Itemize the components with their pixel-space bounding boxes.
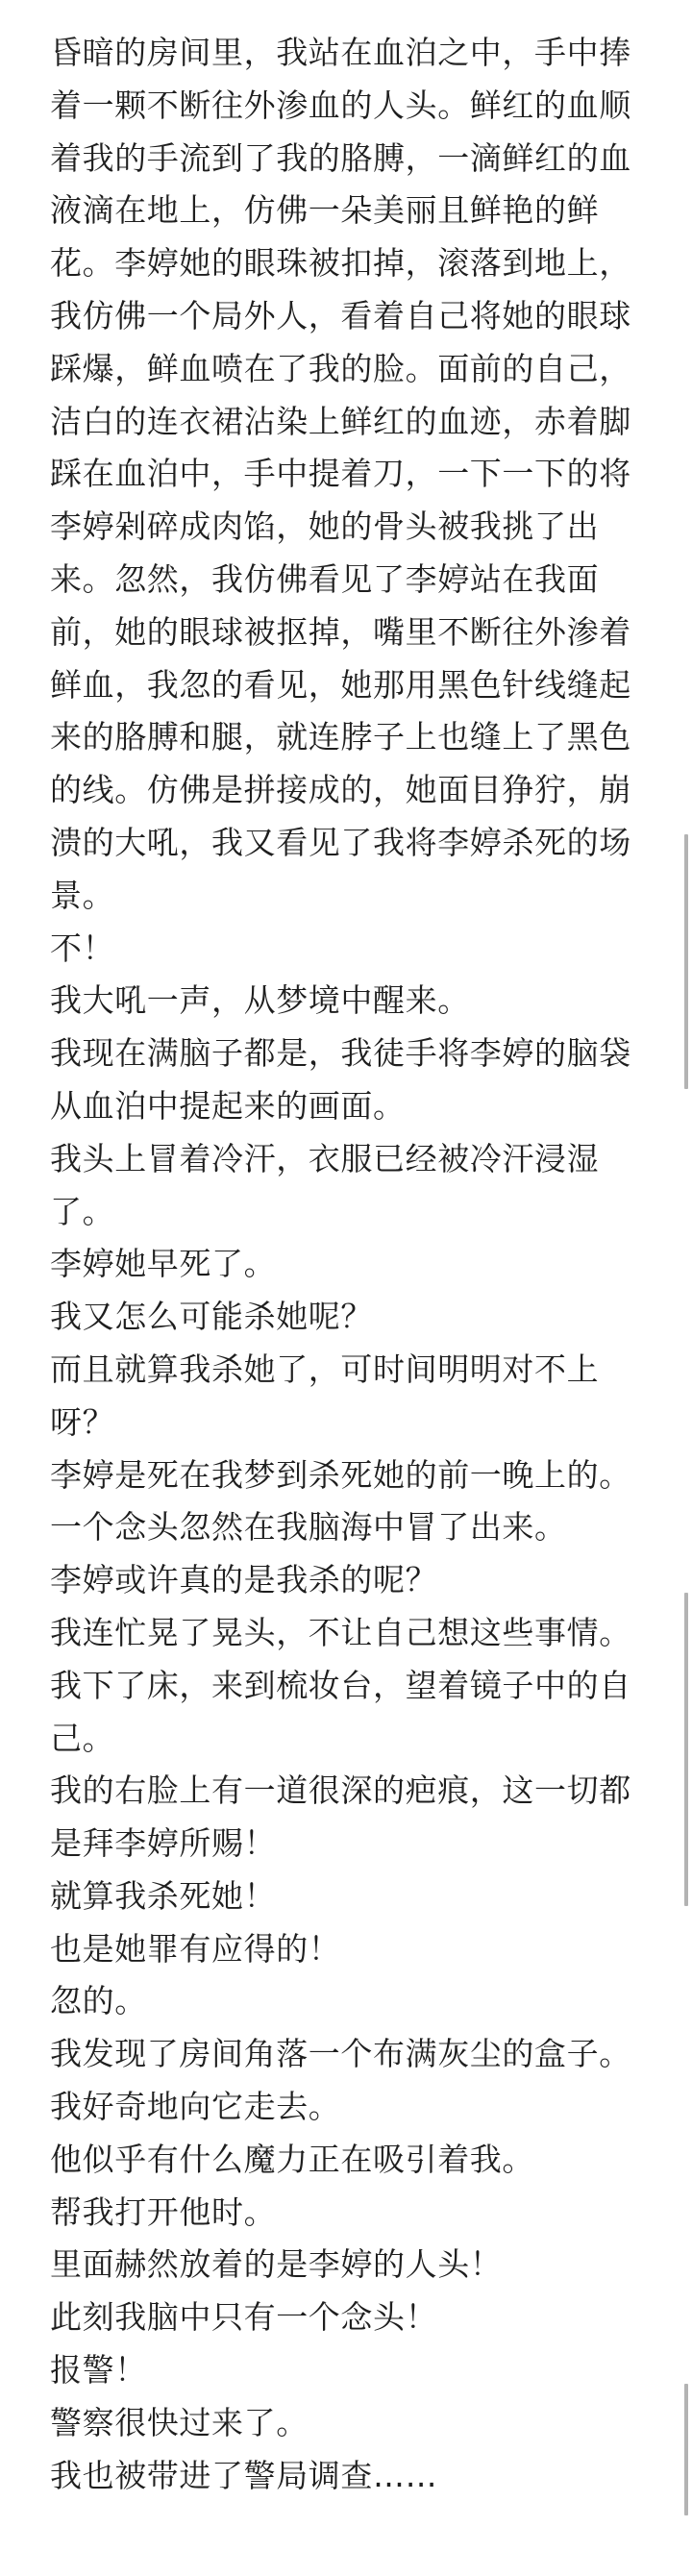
text-line: 景。: [50, 870, 665, 923]
paragraph: 而且就算我杀她了，可时间明明对不上呀？: [50, 1344, 665, 1449]
paragraph: 我也被带进了警局调查……: [50, 2450, 665, 2503]
paragraph: 我大吼一声，从梦境中醒来。: [50, 975, 665, 1028]
paragraph: 就算我杀死她！: [50, 1870, 665, 1923]
scrollbar-thumb[interactable]: [684, 834, 688, 1089]
text-line: 也是她罪有应得的！: [50, 1923, 665, 1976]
text-line: 李婷是死在我梦到杀死她的前一晚上的。: [50, 1449, 665, 1502]
scrollbar-thumb[interactable]: [684, 1593, 688, 1906]
text-line: 液滴在地上，仿佛一朵美丽且鲜艳的鲜: [50, 185, 665, 237]
text-line: 着一颗不断往外渗血的人头。鲜红的血顺: [50, 80, 665, 133]
paragraph: 我头上冒着冷汗，衣服已经被冷汗浸湿了。: [50, 1133, 665, 1239]
paragraph: 我下了床，来到梳妆台，望着镜子中的自己。: [50, 1660, 665, 1766]
text-line: 我大吼一声，从梦境中醒来。: [50, 975, 665, 1028]
text-line: 警察很快过来了。: [50, 2397, 665, 2450]
paragraph: 我好奇地向它走去。: [50, 2081, 665, 2134]
text-line: 从血泊中提起来的画面。: [50, 1080, 665, 1133]
text-line: 前，她的眼球被抠掉，嘴里不断往外渗着: [50, 607, 665, 659]
paragraph: 他似乎有什么魔力正在吸引着我。: [50, 2134, 665, 2187]
paragraph: 我又怎么可能杀她呢？: [50, 1291, 665, 1344]
paragraph: 李婷是死在我梦到杀死她的前一晚上的。: [50, 1449, 665, 1502]
text-line: 一个念头忽然在我脑海中冒了出来。: [50, 1501, 665, 1554]
text-line: 己。: [50, 1713, 665, 1766]
text-line: 我下了床，来到梳妆台，望着镜子中的自: [50, 1660, 665, 1713]
text-line: 报警！: [50, 2344, 665, 2397]
text-line: 踩爆，鲜血喷在了我的脸。面前的自己，: [50, 343, 665, 396]
paragraph: 李婷她早死了。: [50, 1238, 665, 1291]
paragraph: 我的右脸上有一道很深的疤痕，这一切都是拜李婷所赐！: [50, 1765, 665, 1870]
paragraph: 忽的。: [50, 1975, 665, 2028]
text-line: 而且就算我杀她了，可时间明明对不上: [50, 1344, 665, 1397]
scrollbar-thumb[interactable]: [684, 2384, 688, 2515]
text-line: 我现在满脑子都是，我徒手将李婷的脑袋: [50, 1028, 665, 1080]
text-line: 来的胳膊和腿，就连脖子上也缝上了黑色: [50, 711, 665, 764]
text-line: 呀？: [50, 1397, 665, 1449]
text-line: 踩在血泊中，手中提着刀，一下一下的将: [50, 448, 665, 501]
paragraph: 警察很快过来了。: [50, 2397, 665, 2450]
text-line: 我也被带进了警局调查……: [50, 2450, 665, 2503]
paragraph: 报警！: [50, 2344, 665, 2397]
paragraph: 一个念头忽然在我脑海中冒了出来。: [50, 1501, 665, 1554]
paragraph: 李婷或许真的是我杀的呢？: [50, 1554, 665, 1607]
article-body: 昏暗的房间里，我站在血泊之中，手中捧着一颗不断往外渗血的人头。鲜红的血顺着我的手…: [50, 27, 665, 2502]
text-line: 我好奇地向它走去。: [50, 2081, 665, 2134]
paragraph: 帮我打开他时。: [50, 2187, 665, 2240]
text-line: 我连忙晃了晃头，不让自己想这些事情。: [50, 1607, 665, 1660]
text-line: 来。忽然，我仿佛看见了李婷站在我面: [50, 554, 665, 607]
text-line: 此刻我脑中只有一个念头！: [50, 2291, 665, 2344]
text-line: 李婷她早死了。: [50, 1238, 665, 1291]
text-line: 我头上冒着冷汗，衣服已经被冷汗浸湿: [50, 1133, 665, 1186]
text-line: 洁白的连衣裙沾染上鲜红的血迹，赤着脚: [50, 396, 665, 449]
paragraph: 也是她罪有应得的！: [50, 1923, 665, 1976]
paragraph: 我连忙晃了晃头，不让自己想这些事情。: [50, 1607, 665, 1660]
text-line: 忽的。: [50, 1975, 665, 2028]
text-line: 花。李婷她的眼珠被扣掉，滚落到地上，: [50, 237, 665, 290]
text-line: 他似乎有什么魔力正在吸引着我。: [50, 2134, 665, 2187]
text-line: 着我的手流到了我的胳膊，一滴鲜红的血: [50, 133, 665, 186]
text-line: 鲜血，我忽的看见，她那用黑色针线缝起: [50, 659, 665, 712]
text-line: 不！: [50, 923, 665, 976]
paragraph: 不！: [50, 923, 665, 976]
text-line: 李婷剁碎成肉馅，她的骨头被我挑了出: [50, 501, 665, 554]
text-line: 了。: [50, 1186, 665, 1239]
text-line: 的线。仿佛是拼接成的，她面目狰狞，崩: [50, 764, 665, 817]
text-line: 我又怎么可能杀她呢？: [50, 1291, 665, 1344]
text-line: 溃的大吼，我又看见了我将李婷杀死的场: [50, 817, 665, 870]
paragraph: 里面赫然放着的是李婷的人头！: [50, 2239, 665, 2291]
text-line: 我的右脸上有一道很深的疤痕，这一切都: [50, 1765, 665, 1818]
paragraph: 昏暗的房间里，我站在血泊之中，手中捧着一颗不断往外渗血的人头。鲜红的血顺着我的手…: [50, 27, 665, 923]
paragraph: 此刻我脑中只有一个念头！: [50, 2291, 665, 2344]
paragraph: 我发现了房间角落一个布满灰尘的盒子。: [50, 2028, 665, 2081]
paragraph: 我现在满脑子都是，我徒手将李婷的脑袋从血泊中提起来的画面。: [50, 1028, 665, 1133]
text-line: 里面赫然放着的是李婷的人头！: [50, 2239, 665, 2291]
text-line: 我仿佛一个局外人，看着自己将她的眼球: [50, 290, 665, 343]
text-line: 李婷或许真的是我杀的呢？: [50, 1554, 665, 1607]
text-line: 就算我杀死她！: [50, 1870, 665, 1923]
text-line: 是拜李婷所赐！: [50, 1818, 665, 1870]
text-line: 昏暗的房间里，我站在血泊之中，手中捧: [50, 27, 665, 80]
text-line: 帮我打开他时。: [50, 2187, 665, 2240]
text-line: 我发现了房间角落一个布满灰尘的盒子。: [50, 2028, 665, 2081]
